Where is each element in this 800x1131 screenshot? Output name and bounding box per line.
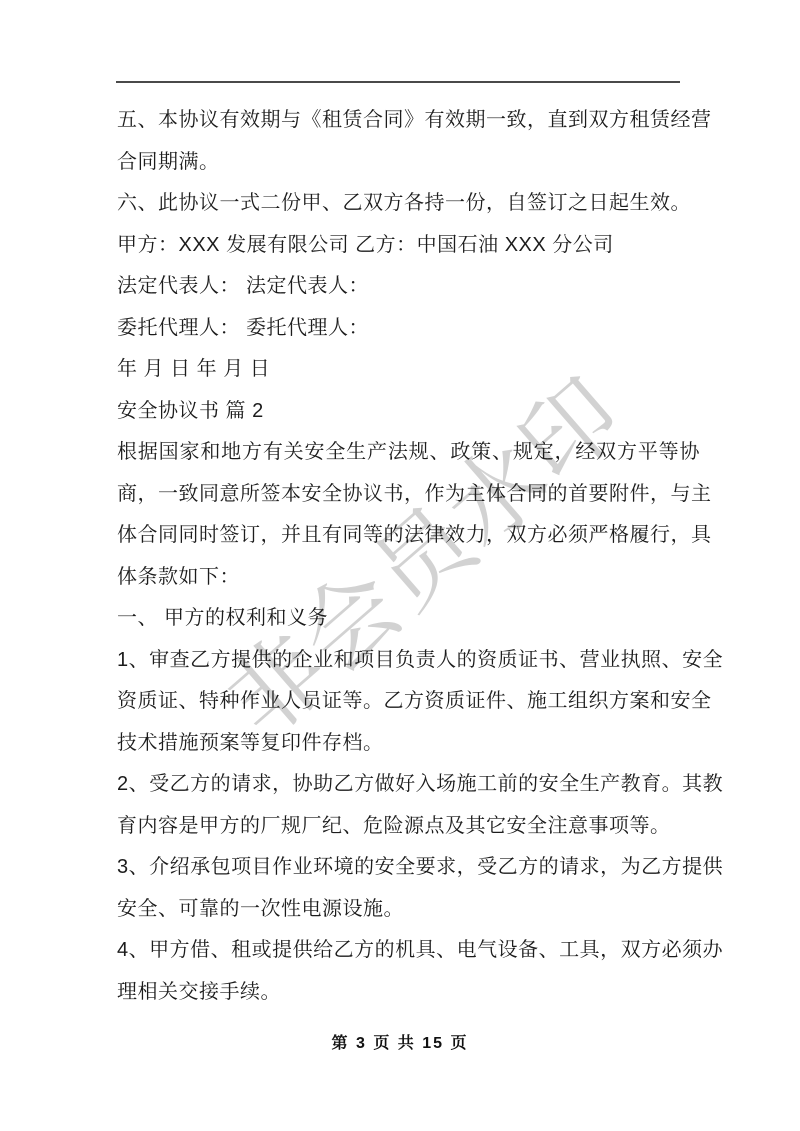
- document-line: 法定代表人： 法定代表人：: [117, 266, 700, 308]
- document-line: 4、甲方借、租或提供给乙方的机具、电气设备、工具，双方必须办: [117, 930, 700, 972]
- document-line: 1、审查乙方提供的企业和项目负责人的资质证书、营业执照、安全: [117, 640, 700, 682]
- document-line: 2、受乙方的请求，协助乙方做好入场施工前的安全生产教育。其教: [117, 764, 700, 806]
- page-number-footer: 第 3 页 共 15 页: [0, 1030, 800, 1053]
- document-line: 资质证、特种作业人员证等。乙方资质证件、施工组织方案和安全: [117, 681, 700, 723]
- document-line: 商，一致同意所签本安全协议书，作为主体合同的首要附件，与主: [117, 474, 700, 516]
- document-line: 合同期满。: [117, 142, 700, 184]
- document-body: 五、本协议有效期与《租赁合同》有效期一致，直到双方租赁经营 合同期满。 六、此协…: [117, 100, 700, 1013]
- document-line: 体条款如下：: [117, 557, 700, 599]
- document-line: 根据国家和地方有关安全生产法规、政策、规定，经双方平等协: [117, 432, 700, 474]
- document-line: 甲方：XXX 发展有限公司 乙方：中国石油 XXX 分公司: [117, 225, 700, 267]
- document-line: 一、 甲方的权利和义务: [117, 598, 700, 640]
- document-line: 技术措施预案等复印件存档。: [117, 723, 700, 765]
- document-line: 体合同同时签订，并且有同等的法律效力，双方必须严格履行，具: [117, 515, 700, 557]
- document-line: 育内容是甲方的厂规厂纪、危险源点及其它安全注意事项等。: [117, 806, 700, 848]
- document-line: 委托代理人： 委托代理人：: [117, 308, 700, 350]
- header-rule: [116, 81, 680, 83]
- document-line: 六、此协议一式二份甲、乙双方各持一份，自签订之日起生效。: [117, 183, 700, 225]
- document-line: 安全协议书 篇 2: [117, 391, 700, 433]
- document-line: 五、本协议有效期与《租赁合同》有效期一致，直到双方租赁经营: [117, 100, 700, 142]
- document-line: 理相关交接手续。: [117, 972, 700, 1014]
- document-line: 安全、可靠的一次性电源设施。: [117, 889, 700, 931]
- document-page: 非会员水印 五、本协议有效期与《租赁合同》有效期一致，直到双方租赁经营 合同期满…: [0, 0, 800, 1131]
- document-line: 年 月 日 年 月 日: [117, 349, 700, 391]
- document-line: 3、介绍承包项目作业环境的安全要求，受乙方的请求，为乙方提供: [117, 847, 700, 889]
